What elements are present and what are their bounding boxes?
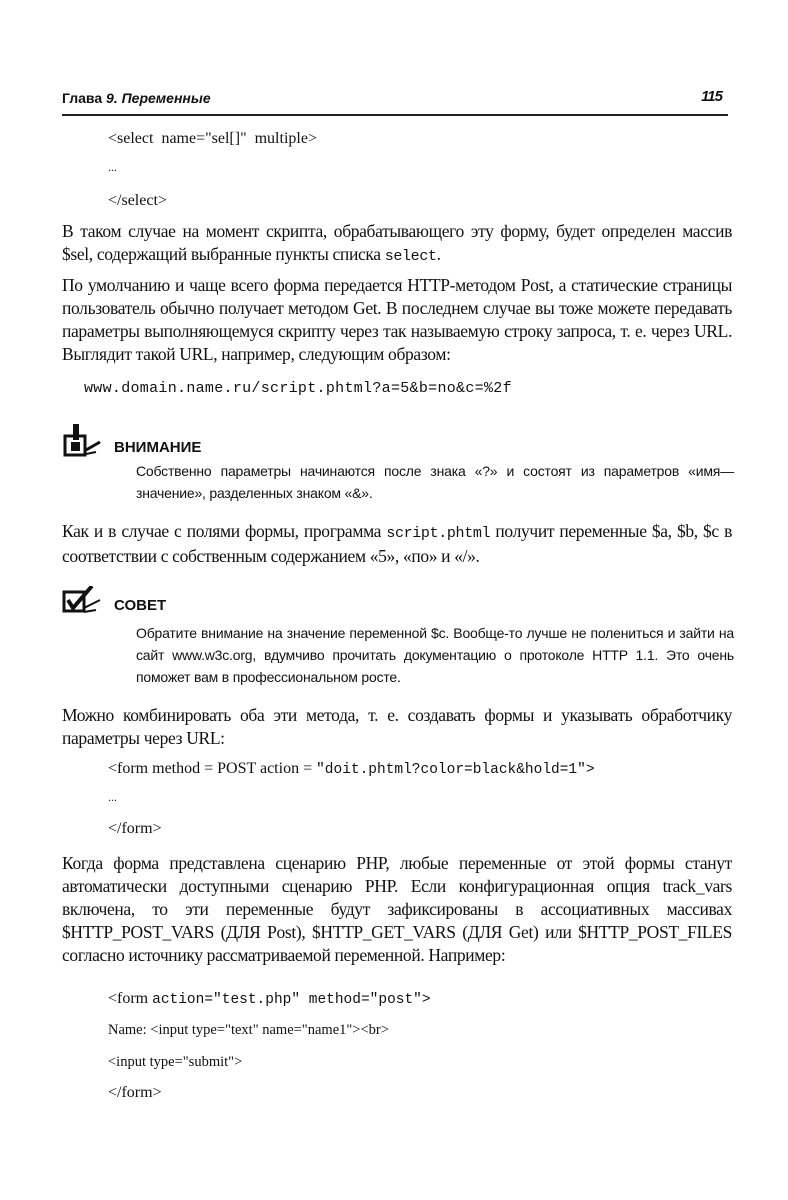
chapter-name: Переменные <box>122 90 211 106</box>
code-line: <form action="test.php" method="post"> <box>108 990 431 1008</box>
chapter-label: Глава <box>62 90 102 106</box>
chapter-number: 9. <box>106 90 118 106</box>
paragraph: Можно комбинировать оба эти метода, т. е… <box>62 704 732 750</box>
code-line: </form> <box>108 820 162 838</box>
code-line: <input type="submit"> <box>108 1054 242 1071</box>
code-line: ... <box>108 160 117 175</box>
paragraph: В таком случае на момент скрипта, обраба… <box>62 220 732 268</box>
warning-note-header: ВНИМАНИЕ <box>62 424 201 458</box>
tip-text: Обратите внимание на значение переменной… <box>136 622 734 688</box>
paragraph: По умолчанию и чаще всего форма передает… <box>62 274 732 366</box>
chapter-title: Глава 9. Переменные <box>62 90 211 106</box>
warning-hand-icon <box>62 424 104 458</box>
inline-code: select <box>385 248 437 265</box>
paragraph: Когда форма представлена сценарию PHP, л… <box>62 852 732 967</box>
book-page: Глава 9. Переменные 115 <select name="se… <box>0 0 788 1200</box>
warning-text: Собственно параметры начинаются после зн… <box>136 460 734 504</box>
tip-note-header: СОВЕТ <box>62 586 166 616</box>
header-rule <box>62 114 728 116</box>
code-line: </select> <box>108 192 167 210</box>
checkmark-pen-icon <box>62 586 104 616</box>
code-text: action="test.php" method="post"> <box>152 992 430 1008</box>
code-text: <form method = POST action = <box>108 760 316 777</box>
paragraph-text: Как и в случае с полями формы, программа <box>62 521 386 541</box>
page-number: 115 <box>701 88 722 105</box>
warning-title: ВНИМАНИЕ <box>114 439 201 456</box>
paragraph-text: . <box>437 244 441 264</box>
code-text: <form <box>108 990 152 1007</box>
paragraph: Как и в случае с полями формы, программа… <box>62 520 732 568</box>
url-example: www.domain.name.ru/script.phtml?a=5&b=no… <box>84 380 512 397</box>
tip-title: СОВЕТ <box>114 597 166 614</box>
code-line: <select name="sel[]" multiple> <box>108 130 317 148</box>
code-line: <form method = POST action = "doit.phtml… <box>108 760 595 778</box>
code-line: ... <box>108 790 117 805</box>
code-line: </form> <box>108 1084 162 1102</box>
running-head: Глава 9. Переменные 115 <box>62 88 734 112</box>
code-line: Name: <input type="text" name="name1"><b… <box>108 1022 389 1039</box>
inline-code: script.phtml <box>386 525 490 542</box>
code-text: "doit.phtml?color=black&hold=1"> <box>316 762 594 778</box>
